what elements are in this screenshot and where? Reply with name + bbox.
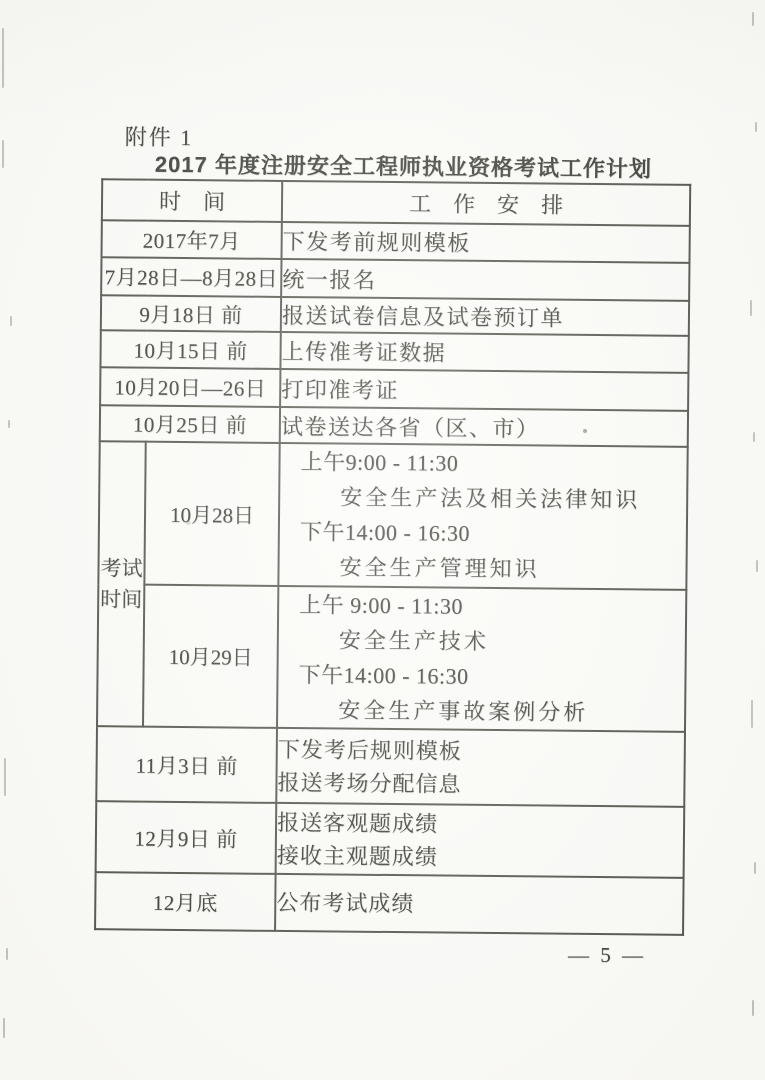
scan-artifact bbox=[3, 1018, 5, 1038]
table-row: 11月3日 前 下发考后规则模板 报送考场分配信息 bbox=[96, 726, 685, 807]
page-number: — 5 — bbox=[568, 943, 646, 968]
time-cell: 9月18日 前 bbox=[101, 295, 281, 332]
exam-date-cell: 10月29日 bbox=[143, 585, 278, 728]
session-subject: 安全生产法及相关法律知识 bbox=[280, 479, 686, 518]
time-cell: 12月底 bbox=[95, 872, 276, 931]
table-row: 12月底 公布考试成绩 bbox=[95, 872, 684, 935]
header-time: 时 间 bbox=[102, 179, 282, 222]
work-cell: 试卷送达各省（区、市） bbox=[280, 407, 688, 447]
time-cell: 10月15日 前 bbox=[100, 330, 280, 369]
work-cell: 打印准考证 bbox=[280, 369, 688, 411]
scan-artifact bbox=[752, 1000, 754, 1016]
scan-artifact bbox=[754, 862, 756, 874]
time-cell: 12月9日 前 bbox=[96, 801, 277, 874]
scan-artifact bbox=[2, 140, 4, 168]
work-cell: 公布考试成绩 bbox=[275, 874, 684, 935]
scan-artifact bbox=[750, 300, 752, 316]
session-time: 上午9:00 - 11:30 bbox=[280, 444, 686, 483]
table-row: 9月18日 前 报送试卷信息及试卷预订单 bbox=[101, 295, 689, 336]
work-cell: 报送客观题成绩 接收主观题成绩 bbox=[276, 803, 685, 878]
scan-artifact bbox=[756, 560, 758, 572]
scanned-document-page: 附件 1 2017 年度注册安全工程师执业资格考试工作计划 时 间 工 作 安 … bbox=[0, 0, 765, 1080]
scan-tilt-wrapper: 附件 1 2017 年度注册安全工程师执业资格考试工作计划 时 间 工 作 安 … bbox=[0, 0, 765, 1080]
table-row: 7月28日—8月28日 统一报名 bbox=[101, 257, 689, 301]
exam-time-label-line: 时间 bbox=[99, 584, 143, 615]
scan-artifact bbox=[753, 432, 755, 442]
session-time: 下午14:00 - 16:30 bbox=[280, 514, 686, 553]
scan-artifact bbox=[583, 429, 587, 433]
scan-artifact bbox=[4, 758, 6, 796]
exam-sessions-cell: 上午 9:00 - 11:30 安全生产技术 下午14:00 - 16:30 安… bbox=[277, 586, 686, 732]
time-cell: 7月28日—8月28日 bbox=[101, 257, 281, 297]
work-cell: 统一报名 bbox=[281, 259, 689, 301]
work-line: 报送客观题成绩 bbox=[277, 805, 683, 842]
session-subject: 安全生产技术 bbox=[279, 622, 685, 661]
work-cell: 下发考前规则模板 bbox=[282, 222, 690, 263]
session-subject: 安全生产管理知识 bbox=[279, 549, 685, 588]
table-row: 12月9日 前 报送客观题成绩 接收主观题成绩 bbox=[96, 801, 685, 878]
exam-sessions-cell: 上午9:00 - 11:30 安全生产法及相关法律知识 下午14:00 - 16… bbox=[278, 443, 687, 590]
exam-date-cell: 10月28日 bbox=[144, 442, 279, 586]
exam-time-label: 考试 时间 bbox=[97, 441, 146, 726]
scan-artifact bbox=[751, 700, 753, 728]
time-cell: 10月20日—26日 bbox=[100, 367, 280, 407]
table-row: 10月25日 前 试卷送达各省（区、市） bbox=[100, 405, 688, 447]
table-header-row: 时 间 工 作 安 排 bbox=[102, 179, 690, 226]
scan-artifact bbox=[186, 521, 191, 525]
session-time: 上午 9:00 - 11:30 bbox=[279, 587, 685, 626]
header-work: 工 作 安 排 bbox=[282, 181, 690, 226]
scan-artifact bbox=[2, 28, 4, 88]
scan-artifact bbox=[8, 420, 10, 428]
work-line: 报送考场分配信息 bbox=[277, 765, 683, 802]
exam-day-row: 10月29日 上午 9:00 - 11:30 安全生产技术 下午14:00 - … bbox=[97, 584, 686, 732]
work-cell: 下发考后规则模板 报送考场分配信息 bbox=[276, 728, 685, 807]
session-subject: 安全生产事故案例分析 bbox=[278, 692, 684, 731]
schedule-table: 时 间 工 作 安 排 2017年7月 下发考前规则模板 7月28日—8月28日… bbox=[94, 178, 691, 936]
scan-artifact bbox=[6, 948, 8, 960]
time-cell: 11月3日 前 bbox=[96, 726, 277, 803]
exam-day-row: 考试 时间 10月28日 上午9:00 - 11:30 安全生产法及相关法律知识… bbox=[98, 441, 687, 590]
work-line: 公布考试成绩 bbox=[276, 886, 682, 923]
work-cell: 上传准考证数据 bbox=[280, 332, 688, 373]
exam-time-label-line: 考试 bbox=[99, 553, 143, 584]
table-row: 10月15日 前 上传准考证数据 bbox=[100, 330, 688, 373]
scan-artifact bbox=[755, 122, 757, 132]
table-row: 10月20日—26日 打印准考证 bbox=[100, 367, 688, 411]
scan-artifact bbox=[10, 316, 12, 326]
time-cell: 10月25日 前 bbox=[100, 405, 280, 443]
session-time: 下午14:00 - 16:30 bbox=[278, 657, 684, 696]
work-line: 下发考后规则模板 bbox=[278, 732, 684, 769]
time-cell: 2017年7月 bbox=[102, 220, 282, 259]
table-row: 2017年7月 下发考前规则模板 bbox=[102, 220, 690, 263]
work-line: 接收主观题成绩 bbox=[277, 838, 683, 875]
scan-artifact bbox=[752, 12, 754, 26]
work-cell: 报送试卷信息及试卷预订单 bbox=[281, 297, 689, 336]
